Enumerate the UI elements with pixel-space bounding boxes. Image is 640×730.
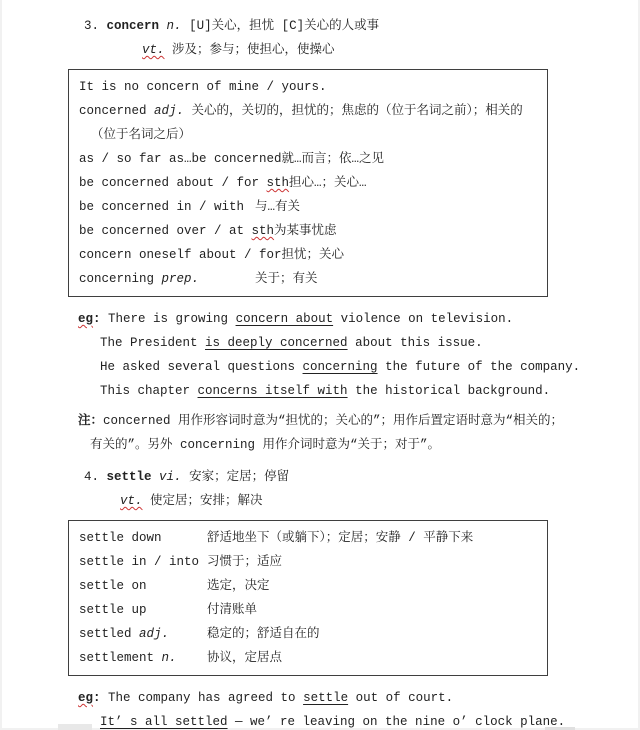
table-row: be concerned over / at sth 为某事忧虑	[79, 219, 537, 243]
spellcheck-underlined-text: sth	[267, 176, 290, 190]
text-run: settlement	[79, 651, 162, 665]
spellcheck-underlined-text: sth	[252, 224, 275, 238]
phrase-cell: be concerned about / for sth	[79, 171, 289, 195]
part-of-speech-label: vi.	[159, 470, 182, 484]
phrase-cell: settle down	[79, 526, 207, 550]
spellcheck-underlined-text: vt.	[142, 43, 165, 57]
underlined-phrase: is deeply concerned	[205, 336, 348, 350]
text-run: concerned	[79, 104, 154, 118]
meaning-cell: 为某事忧虑	[274, 219, 337, 243]
text-run: 与…有关	[255, 200, 300, 214]
text-run: — we’ re leaving on the nine o’ clock pl…	[228, 715, 566, 729]
part-of-speech-label: adj.	[139, 627, 169, 641]
text-run: settle down	[79, 531, 162, 545]
phrase-cell: settled adj.	[79, 622, 207, 646]
part-of-speech-label: n.	[167, 19, 182, 33]
table-row: concerning prep.关于；有关	[79, 267, 537, 291]
text-run: 担忧；关心	[282, 248, 345, 262]
phrase-cell: concern oneself about / for	[79, 243, 282, 267]
phrase-cell: settle up	[79, 598, 207, 622]
meaning-cell: 就…而言；依…之见	[282, 147, 385, 171]
meaning-cell: 习惯于；适应	[207, 550, 282, 574]
text-run: 为某事忧虑	[274, 224, 337, 238]
underlined-phrase: It’ s all settled	[100, 715, 228, 729]
underlined-phrase: settle	[303, 691, 348, 705]
text-run: 选定，决定	[207, 579, 270, 593]
example-block: eg: The company has agreed to settle out…	[0, 686, 640, 730]
text-run: The President	[100, 336, 205, 350]
text-run: the future of the company.	[378, 360, 581, 374]
table-row: as / so far as…be concerned就…而言；依…之见	[79, 147, 537, 171]
meaning-cell: 关于；有关	[255, 267, 318, 291]
heading-line: 4. settle vi. 安家；定居；停留	[0, 465, 640, 489]
phrase-cell: as / so far as…be concerned	[79, 147, 282, 171]
text-run: violence on television.	[333, 312, 513, 326]
entry-settle: 4. settle vi. 安家；定居；停留vt. 使定居；安排；解决settl…	[0, 465, 640, 730]
text-run	[159, 19, 167, 33]
heading-subline: vt. 使定居；安排；解决	[0, 489, 640, 513]
entries-container: 3. concern n. [U]关心，担忧 [C]关心的人或事vt. 涉及；参…	[0, 14, 640, 730]
part-of-speech-label: adj.	[154, 104, 184, 118]
bold-text: :	[93, 312, 108, 326]
eg-label: eg	[78, 312, 93, 326]
meaning-cell: 担忧；关心	[282, 243, 345, 267]
text-run: 付清账单	[207, 603, 257, 617]
text-run: settle in / into	[79, 555, 199, 569]
text-run: out of court.	[348, 691, 453, 705]
text-run: as / so far as…be concerned	[79, 152, 282, 166]
text-run: settle on	[79, 579, 147, 593]
example-line: The President is deeply concerned about …	[0, 331, 640, 355]
text-run: 稳定的；舒适自在的	[207, 627, 320, 641]
example-block: eg: There is growing concern about viole…	[0, 307, 640, 403]
table-row: settle in / into 习惯于；适应	[79, 550, 537, 574]
phrase-cell: be concerned over / at sth	[79, 219, 274, 243]
meaning-cell: 协议，定居点	[207, 646, 282, 670]
meaning-cell: 与…有关	[255, 195, 300, 219]
text-run: 协议，定居点	[207, 651, 282, 665]
text-run: 担心…；关心…	[289, 176, 367, 190]
part-of-speech-label: n.	[162, 651, 177, 665]
text-run: 安家；定居；停留	[182, 470, 290, 484]
bold-text: settle	[107, 470, 152, 484]
phrase-table: settle down舒适地坐下（或躺下）；定居；安静 / 平静下来settle…	[68, 520, 548, 676]
text-run	[152, 470, 160, 484]
part-of-speech-label: prep.	[162, 272, 200, 286]
table-row: settle up付清账单	[79, 598, 537, 622]
underlined-phrase: concerns itself with	[198, 384, 348, 398]
spellcheck-underlined-text: vt.	[120, 494, 143, 508]
text-run: concern oneself about / for	[79, 248, 282, 262]
bottom-left-cropped-box	[58, 724, 92, 730]
text-run: settled	[79, 627, 139, 641]
text-run: 4.	[84, 470, 107, 484]
text-run: 关于；有关	[255, 272, 318, 286]
underlined-phrase: concerning	[303, 360, 378, 374]
table-row: concerned adj. 关心的，关切的，担忧的；焦虑的（位于名词之前）；相…	[79, 99, 537, 147]
example-line: He asked several questions concerning th…	[0, 355, 640, 379]
meaning-cell: 选定，决定	[207, 574, 270, 598]
text-run: He asked several questions	[100, 360, 303, 374]
entry-heading: 3. concern n. [U]关心，担忧 [C]关心的人或事vt. 涉及；参…	[0, 14, 640, 62]
text-run: about this issue.	[348, 336, 483, 350]
underlined-phrase: concern about	[236, 312, 334, 326]
table-row: concern oneself about / for 担忧；关心	[79, 243, 537, 267]
table-row: settle down舒适地坐下（或躺下）；定居；安静 / 平静下来	[79, 526, 537, 550]
phrase-cell: settle in / into	[79, 550, 207, 574]
document-page: 3. concern n. [U]关心，担忧 [C]关心的人或事vt. 涉及；参…	[0, 0, 640, 730]
text-run: be concerned about / for	[79, 176, 267, 190]
example-line: This chapter concerns itself with the hi…	[0, 379, 640, 403]
text-run: [U]关心，担忧 [C]关心的人或事	[182, 19, 380, 33]
heading-subline: vt. 涉及；参与；使担心，使操心	[0, 38, 640, 62]
example-line: It’ s all settled — we’ re leaving on th…	[0, 710, 640, 730]
bold-text: concern	[107, 19, 160, 33]
meaning-cell: 稳定的；舒适自在的	[207, 622, 320, 646]
table-row: settlement n. 协议，定居点	[79, 646, 537, 670]
entry-heading: 4. settle vi. 安家；定居；停留vt. 使定居；安排；解决	[0, 465, 640, 513]
text-run: The company has agreed to	[108, 691, 303, 705]
example-line: eg: There is growing concern about viole…	[0, 307, 640, 331]
table-row: be concerned about / for sth 担心…；关心…	[79, 171, 537, 195]
text-run: be concerned over / at	[79, 224, 252, 238]
text-run: It is no concern of mine / yours.	[79, 80, 327, 94]
table-row: be concerned in / with与…有关	[79, 195, 537, 219]
phrase-cell: concerning prep.	[79, 267, 255, 291]
text-run: This chapter	[100, 384, 198, 398]
table-row: settle on选定，决定	[79, 574, 537, 598]
text-run: concerning	[79, 272, 162, 286]
text-run: 3.	[84, 19, 107, 33]
heading-line: 3. concern n. [U]关心，担忧 [C]关心的人或事	[0, 14, 640, 38]
example-line: eg: The company has agreed to settle out…	[0, 686, 640, 710]
table-row: It is no concern of mine / yours.	[79, 75, 537, 99]
text-run: 就…而言；依…之见	[282, 152, 385, 166]
text-run: 舒适地坐下（或躺下）；定居；安静 / 平静下来	[207, 531, 473, 545]
phrase-cell: settlement n.	[79, 646, 207, 670]
eg-label: eg	[78, 691, 93, 705]
text-run: concerned 用作形容词时意为“担忧的；关心的”；用作后置定语时意为“相关…	[90, 414, 563, 452]
phrase-table: It is no concern of mine / yours.concern…	[68, 69, 548, 297]
text-run: settle up	[79, 603, 147, 617]
bold-text: 注：	[78, 414, 103, 428]
phrase-cell: be concerned in / with	[79, 195, 255, 219]
text-run: 涉及；参与；使担心，使操心	[165, 43, 335, 57]
phrase-cell: settle on	[79, 574, 207, 598]
text-run: be concerned in / with	[79, 200, 244, 214]
text-run: There is growing	[108, 312, 236, 326]
meaning-cell: 付清账单	[207, 598, 257, 622]
table-row: settled adj. 稳定的；舒适自在的	[79, 622, 537, 646]
entry-concern: 3. concern n. [U]关心，担忧 [C]关心的人或事vt. 涉及；参…	[0, 14, 640, 457]
text-run: 习惯于；适应	[207, 555, 282, 569]
text-run: the historical background.	[348, 384, 551, 398]
meaning-cell: 担心…；关心…	[289, 171, 367, 195]
meaning-cell: 舒适地坐下（或躺下）；定居；安静 / 平静下来	[207, 526, 473, 550]
text-run: 使定居；安排；解决	[143, 494, 263, 508]
bold-text: :	[93, 691, 108, 705]
note-paragraph: 注：concerned 用作形容词时意为“担忧的；关心的”；用作后置定语时意为“…	[0, 409, 572, 457]
